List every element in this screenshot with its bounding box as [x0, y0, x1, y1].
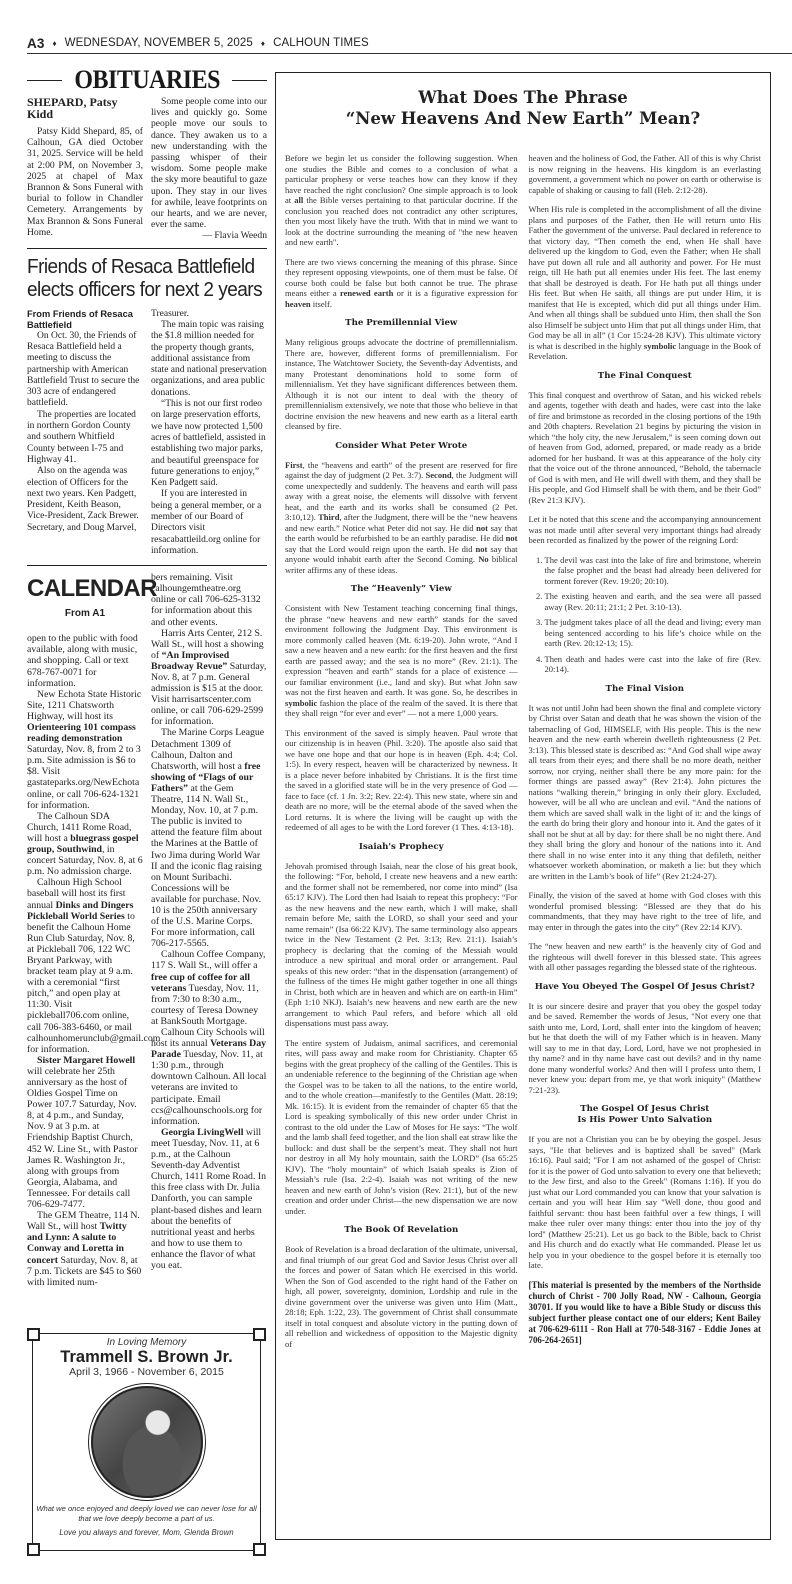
- page-number: A3: [27, 36, 44, 51]
- article-subheading: The Book Of Revelation: [285, 1225, 518, 1236]
- church-contact-note: [This material is presented by the membe…: [529, 1280, 762, 1346]
- page-header: A3 ♦ WEDNESDAY, NOVEMBER 5, 2025 ♦ CALHO…: [27, 33, 792, 54]
- calendar-event: open to the public with food available, …: [27, 633, 143, 688]
- calendar-event: The Calhoun SDA Church, 1411 Rome Road, …: [27, 811, 143, 878]
- calendar-event: The Marine Corps League Detachment 1309 …: [151, 727, 267, 949]
- article-paragraph: Let it be noted that this scene and the …: [529, 514, 762, 546]
- frame-corner-icon: [253, 1328, 266, 1341]
- article-paragraph: The “new heaven and new earth” is the he…: [529, 941, 762, 973]
- resaca-article: From Friends of Resaca Battlefield On Oc…: [27, 309, 267, 558]
- article-title: What Does The Phrase “New Heavens And Ne…: [276, 87, 770, 129]
- article-subheading: Have You Obeyed The Gospel Of Jesus Chri…: [529, 982, 762, 993]
- calendar-event: Harris Arts Center, 212 S. Wall St., wil…: [151, 628, 267, 728]
- article-numbered-list: The devil was cast into the lake of fire…: [529, 555, 762, 675]
- calendar-jump-label: From A1: [27, 608, 143, 619]
- article-paragraph: Book of Revelation is a broad declaratio…: [285, 1244, 518, 1349]
- article-paragraph: The entire system of Judaism, animal sac…: [285, 1038, 518, 1217]
- frame-corner-icon: [253, 1543, 266, 1556]
- frame-corner-icon: [27, 1328, 40, 1341]
- divider: [27, 80, 62, 81]
- calendar-event: bers remaining. Visit calhoungemtheatre.…: [151, 572, 267, 627]
- article-paragraph: Consistent with New Testament teaching c…: [285, 603, 518, 719]
- event-title: Orienteering 101 compass reading demonst…: [27, 722, 136, 744]
- article-title-line2: “New Heavens And New Earth” Mean?: [346, 109, 700, 128]
- article-subheading: Consider What Peter Wrote: [285, 441, 518, 452]
- article-paragraph: Finally, the vision of the saved at home…: [529, 890, 762, 932]
- event-title: Georgia LivingWell: [161, 1127, 243, 1138]
- event-title: Veterans Day Parade: [151, 1038, 266, 1060]
- memorial-signature: Love you always and forever, Mom, Glenda…: [33, 1528, 260, 1537]
- article-paragraph: The main topic was raising the $1.8 mill…: [151, 320, 267, 399]
- list-item: The existing heaven and earth, and the s…: [545, 591, 762, 612]
- diamond-separator-icon: ♦: [52, 39, 56, 48]
- calendar-event: Calhoun Coffee Company, 117 S. Wall St.,…: [151, 949, 267, 1027]
- poem-attribution: — Flavia Weedn: [151, 230, 267, 241]
- article-title-line1: What Does The Phrase: [418, 88, 628, 107]
- calendar-event: Calhoun High School baseball will host i…: [27, 877, 143, 1055]
- article-paragraph: Treasurer.: [151, 309, 267, 320]
- article-paragraph: Also on the agenda was election of Offic…: [27, 466, 143, 534]
- article-paragraph: On Oct. 30, the Friends of Resaca Battle…: [27, 331, 143, 410]
- article-subheading: The Final Conquest: [529, 371, 762, 382]
- divider: [27, 565, 267, 566]
- calendar-event: Georgia LivingWell will meet Tuesday, No…: [151, 1127, 267, 1271]
- article-paragraph: The properties are located in northern G…: [27, 410, 143, 466]
- calendar-title: CALENDAR: [27, 576, 143, 602]
- article-subheading: The Final Vision: [529, 684, 762, 695]
- article-paragraph: Jehovah promised through Isaiah, near th…: [285, 861, 518, 1029]
- calendar-event: Calhoun City Schools will host its annua…: [151, 1027, 267, 1127]
- article-paragraph: There are two views concerning the meani…: [285, 257, 518, 310]
- event-title: free showing of “Flags of our Fathers”: [151, 761, 260, 794]
- article-paragraph: When His rule is completed in the accomp…: [529, 204, 762, 362]
- article-paragraph: It was not until John had been shown the…: [529, 703, 762, 882]
- resaca-byline: From Friends of Resaca Battlefield: [27, 309, 143, 331]
- obituary-shepard: SHEPARD, Patsy Kidd Patsy Kidd Shepard, …: [27, 96, 267, 242]
- article-paragraph: This final conquest and overthrow of Sat…: [529, 390, 762, 506]
- divider: [27, 248, 267, 249]
- section-title: OBITUARIES: [74, 65, 220, 95]
- event-title: Sister Margaret Howell: [37, 1055, 135, 1066]
- list-item: Then death and hades were cast into the …: [545, 654, 762, 675]
- obituary-name: SHEPARD, Patsy Kidd: [27, 96, 143, 120]
- calendar-event: New Echota State Historic Site, 1211 Cha…: [27, 689, 143, 811]
- memorial-name: Trammell S. Brown Jr.: [33, 1348, 260, 1366]
- article-paragraph: If you are interested in being a general…: [151, 489, 267, 557]
- article-subheading: Isaiah's Prophecy: [285, 842, 518, 853]
- calendar-section: CALENDAR From A1 open to the public with…: [27, 572, 267, 1288]
- article-column-left: Before we begin let us consider the foll…: [285, 153, 518, 1358]
- event-title: Dinks and Dingers Pickleball World Serie…: [27, 900, 133, 922]
- article-subheading: The “Heavenly” View: [285, 584, 518, 595]
- article-paragraph: First, the “heavens and earth” of the pr…: [285, 460, 518, 576]
- calendar-event: The GEM Theatre, 114 N. Wall St., will h…: [27, 1210, 143, 1288]
- issue-date: WEDNESDAY, NOVEMBER 5, 2025: [65, 37, 253, 49]
- divider: [232, 80, 267, 81]
- memorial-ad: In Loving Memory Trammell S. Brown Jr. A…: [32, 1333, 261, 1551]
- article-subheading: The Premillennial View: [285, 318, 518, 329]
- event-title: bluegrass gospel group, Southwind: [27, 833, 139, 855]
- diamond-separator-icon: ♦: [261, 39, 265, 48]
- article-paragraph: It is our sincere desire and prayer that…: [529, 1001, 762, 1096]
- frame-corner-icon: [27, 1543, 40, 1556]
- article-paragraph: If you are not a Christian you can be by…: [529, 1134, 762, 1271]
- article-paragraph: “This is not our first rodeo on large pr…: [151, 399, 267, 489]
- event-title: Twitty and Lynn: A salute to Conway and …: [27, 1221, 127, 1265]
- event-title: free cup of coffee for all veterans: [151, 972, 250, 994]
- religious-article-box: What Does The Phrase “New Heavens And Ne…: [275, 72, 771, 1540]
- article-paragraph: heaven and the holiness of God, the Fath…: [529, 153, 762, 195]
- obituaries-section-header: OBITUARIES: [27, 66, 267, 94]
- memorial-intro: In Loving Memory: [33, 1337, 260, 1348]
- list-item: The devil was cast into the lake of fire…: [545, 555, 762, 587]
- resaca-headline: Friends of Resaca Battlefield elects off…: [27, 255, 269, 301]
- memorial-portrait-photo: [91, 1386, 203, 1498]
- article-subheading: The Gospel Of Jesus ChristIs His Power U…: [529, 1104, 762, 1126]
- calendar-event: Sister Margaret Howell will celebrate he…: [27, 1055, 143, 1210]
- event-title: “An Improvised Broadway Revue”: [151, 650, 229, 672]
- list-item: The judgment takes place of all the dead…: [545, 617, 762, 649]
- article-paragraph: Before we begin let us consider the foll…: [285, 153, 518, 248]
- newspaper-name: CALHOUN TIMES: [273, 37, 369, 49]
- article-paragraph: Many religious groups advocate the doctr…: [285, 337, 518, 432]
- memorial-dates: April 3, 1966 - November 6, 2015: [33, 1366, 260, 1378]
- left-column: OBITUARIES SHEPARD, Patsy Kidd Patsy Kid…: [27, 66, 267, 1288]
- article-column-right: heaven and the holiness of God, the Fath…: [529, 153, 762, 1358]
- article-paragraph: This environment of the saved is simply …: [285, 728, 518, 833]
- obituary-poem: Some people come into our lives and quic…: [151, 96, 267, 230]
- memorial-quote: What we once enjoyed and deeply loved we…: [33, 1504, 260, 1524]
- obituary-body: Patsy Kidd Shepard, 85, of Calhoun, GA d…: [27, 126, 143, 238]
